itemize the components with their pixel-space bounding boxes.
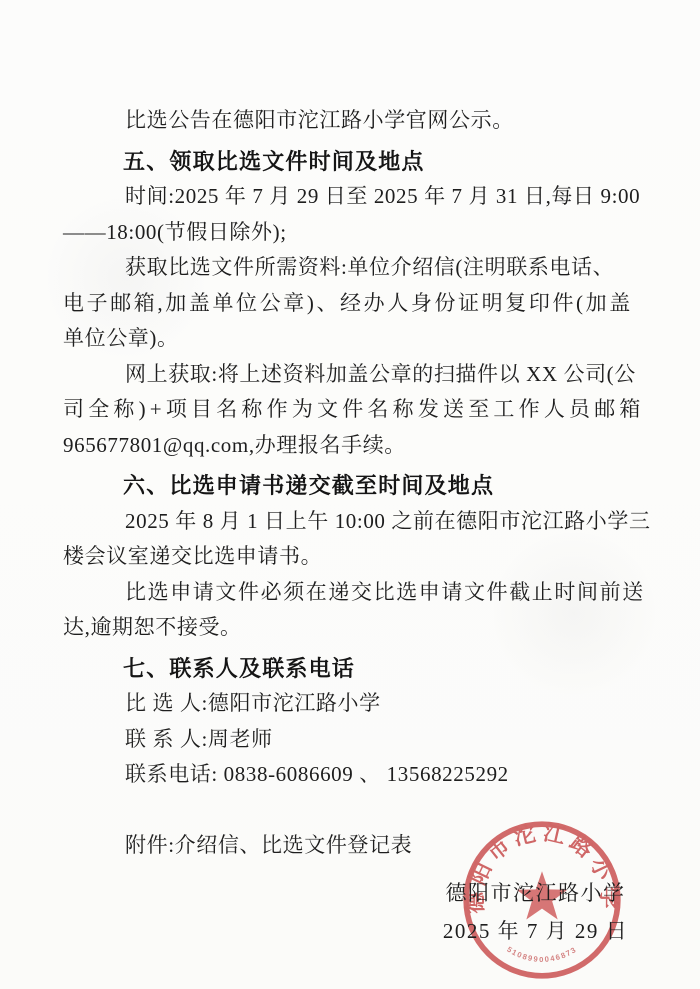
section-heading: 五、领取比选文件时间及地点 [63, 144, 637, 180]
text-line: 单位公章)。 [63, 321, 637, 357]
text-line: ——18:00(节假日除外); [63, 215, 637, 251]
text-line: 联系电话: 0838-6086609 、 13568225292 [63, 757, 637, 793]
text-line: 965677801@qq.com,办理报名手续。 [63, 428, 637, 464]
document-page: 比选公告在德阳市沱江路小学官网公示。五、领取比选文件时间及地点时间:2025 年… [0, 0, 700, 989]
document-body: 比选公告在德阳市沱江路小学官网公示。五、领取比选文件时间及地点时间:2025 年… [63, 103, 637, 864]
section-heading: 七、联系人及联系电话 [63, 651, 637, 687]
text-line: 时间:2025 年 7 月 29 日至 2025 年 7 月 31 日,每日 9… [63, 179, 637, 215]
text-line: 获取比选文件所需资料:单位介绍信(注明联系电话、 [63, 250, 637, 286]
section-heading: 六、比选申请书递交截至时间及地点 [63, 468, 637, 504]
text-line: 比选公告在德阳市沱江路小学官网公示。 [63, 103, 637, 139]
text-line: 联 系 人:周老师 [63, 722, 637, 758]
text-line: 电子邮箱,加盖单位公章)、经办人身份证明复印件(加盖 [63, 286, 637, 322]
text-line: 比 选 人:德阳市沱江路小学 [63, 686, 637, 722]
signature-date: 2025 年 7 月 29 日 [438, 912, 633, 950]
text-line: 达,逾期恕不接受。 [63, 610, 637, 646]
signature-block: 德阳市沱江路小学 2025 年 7 月 29 日 [438, 874, 633, 950]
text-line: 司全称)+项目名称作为文件名称发送至工作人员邮箱 [63, 392, 637, 428]
text-line: 楼会议室递交比选申请书。 [63, 539, 637, 575]
text-line: 2025 年 8 月 1 日上午 10:00 之前在德阳市沱江路小学三 [63, 504, 637, 540]
text-line: 网上获取:将上述资料加盖公章的扫描件以 XX 公司(公 [63, 357, 637, 393]
signature-name: 德阳市沱江路小学 [438, 874, 633, 912]
text-line: 比选申请文件必须在递交比选申请文件截止时间前送 [63, 575, 637, 611]
